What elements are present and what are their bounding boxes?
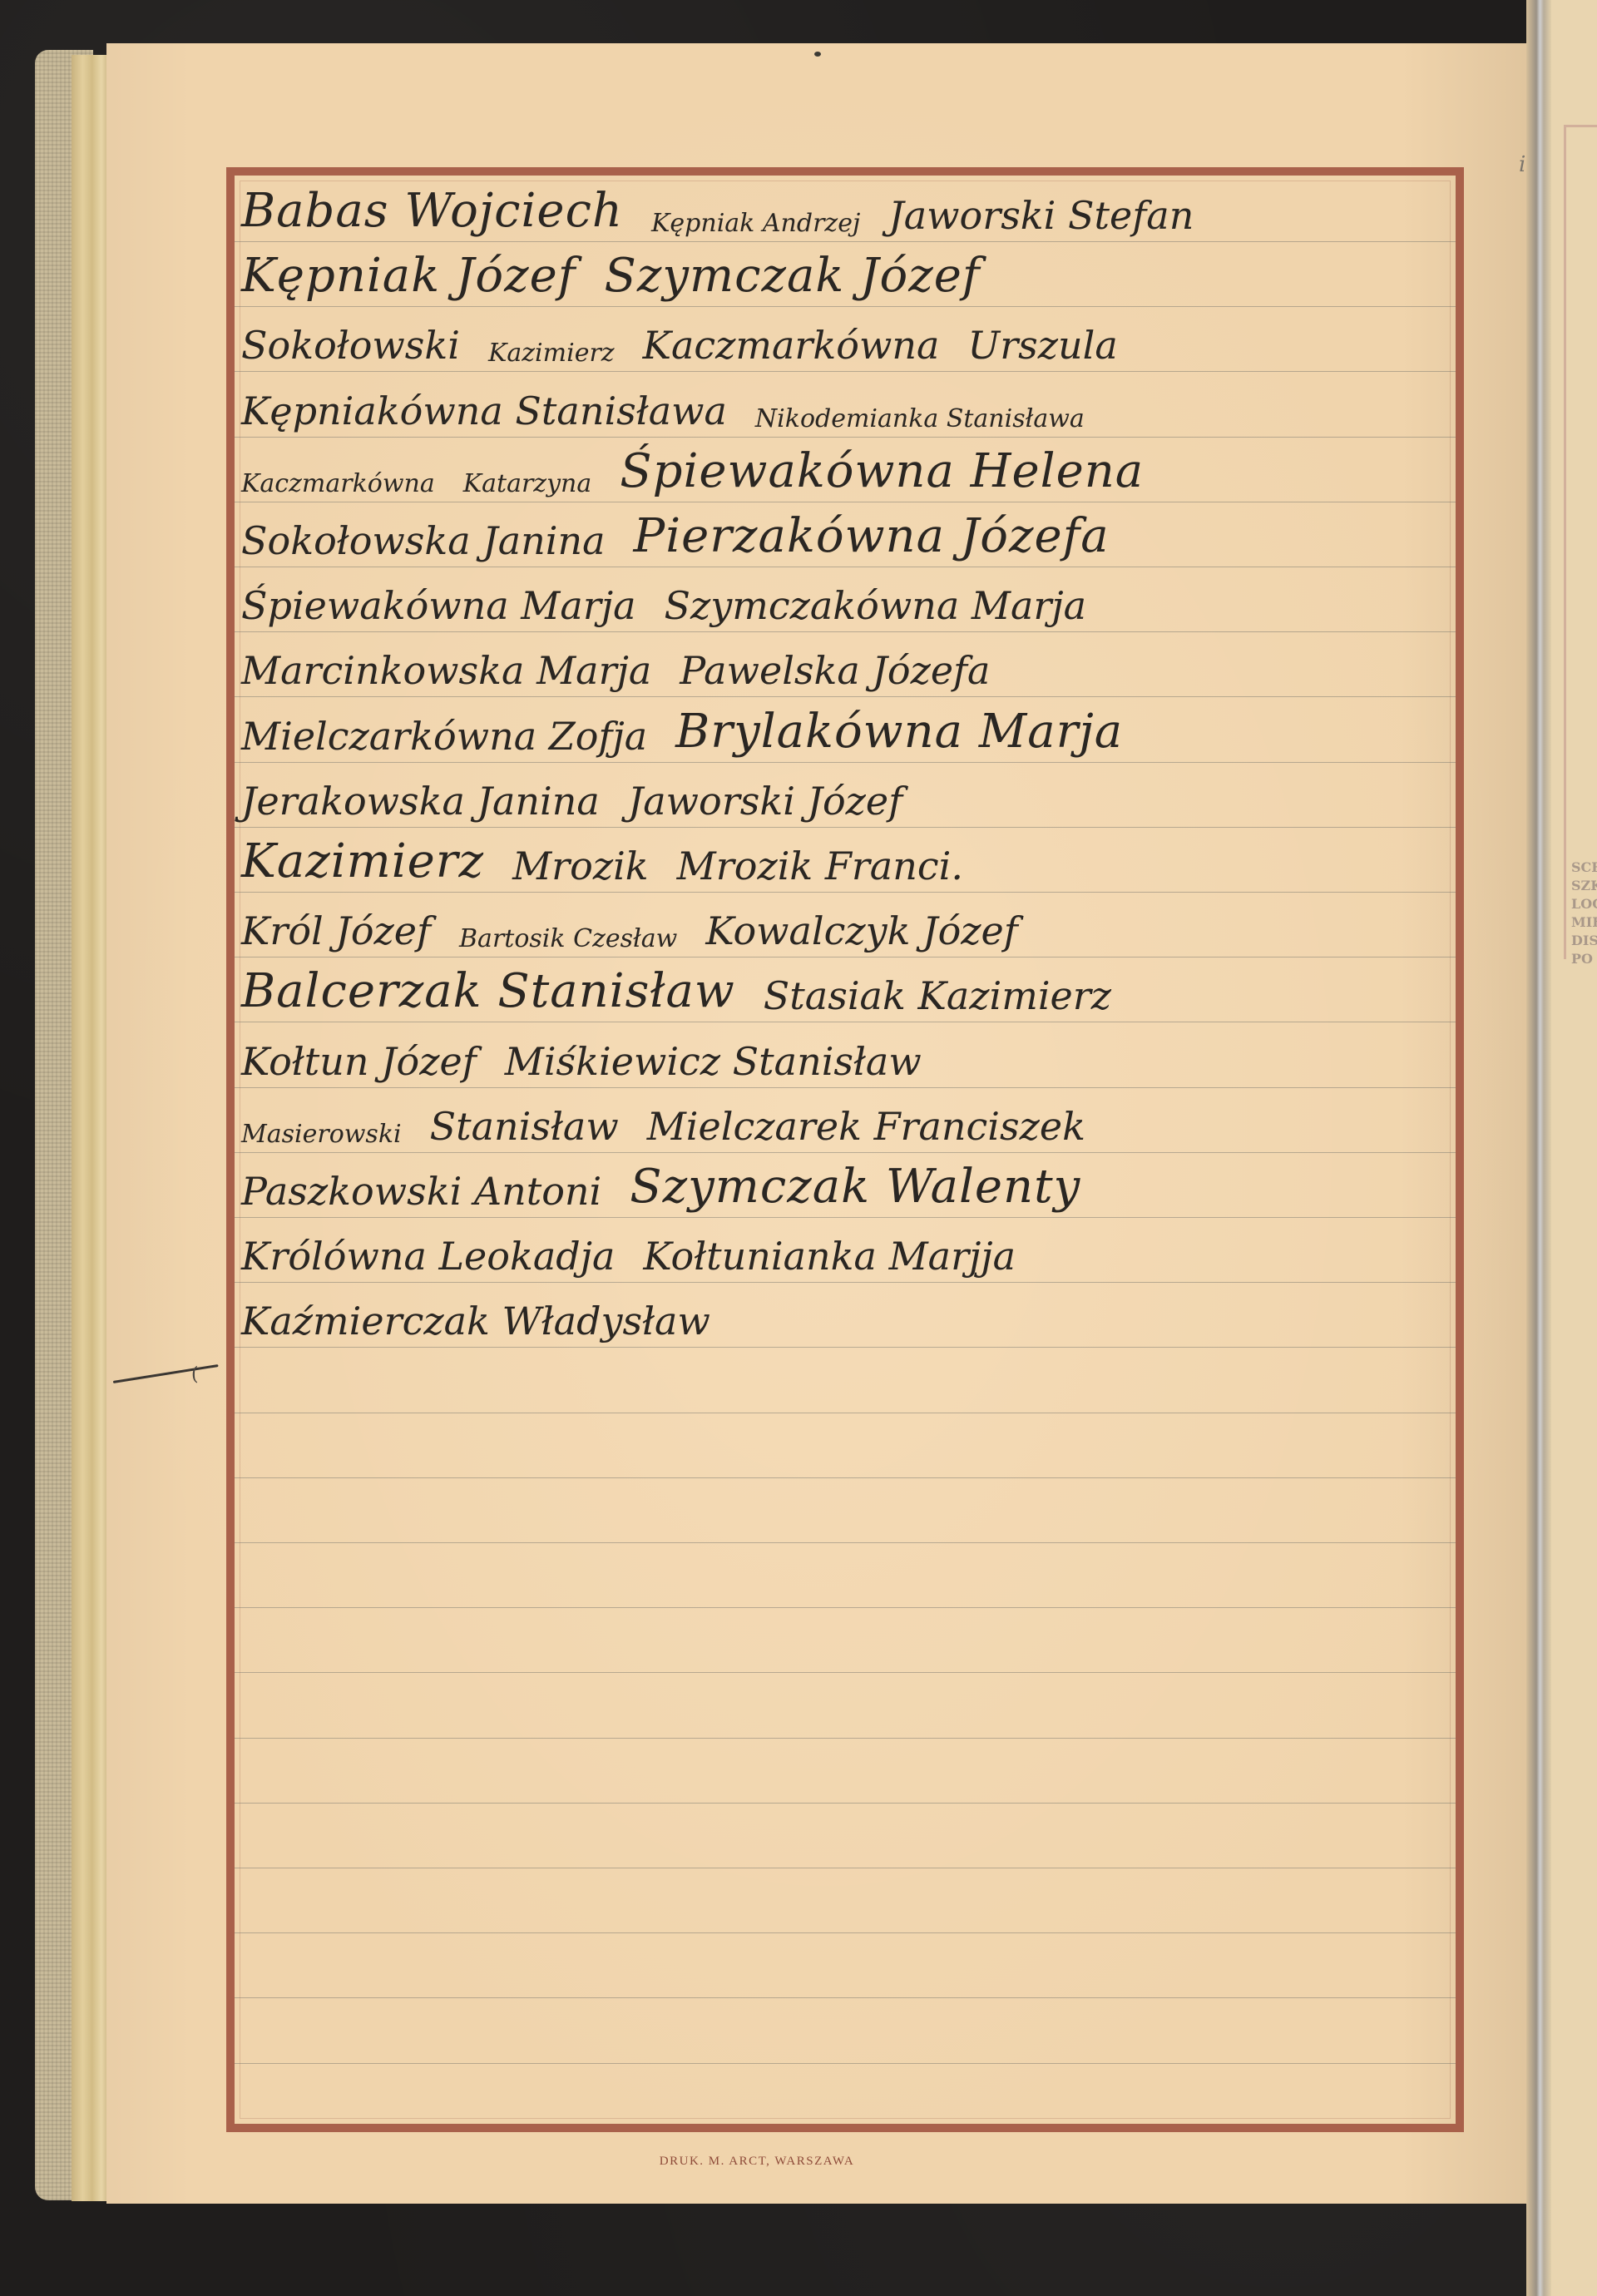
handwritten-name: Paszkowski Antoni <box>241 1169 601 1214</box>
ruled-line <box>235 1413 1456 1413</box>
handwritten-name: Mielczarkówna Zofja <box>241 714 647 759</box>
next-page-text: SCH <box>1571 859 1597 875</box>
next-page-text: PO <box>1571 951 1593 967</box>
entry-row: Babas WojciechKępniak AndrzejJaworski St… <box>241 178 1456 243</box>
handwritten-name: Nikodemianka Stanisława <box>755 404 1085 433</box>
ink-dot <box>814 52 821 57</box>
handwritten-name: Sokołowska Janina <box>241 518 606 563</box>
ruled-line <box>235 1477 1456 1478</box>
entry-row: Król JózefBartosik CzesławKowalczyk Józe… <box>241 893 1456 958</box>
ruled-line <box>235 1997 1456 1998</box>
entry-row: KaczmarkównaKatarzynaŚpiewakówna Helena <box>241 438 1456 503</box>
handwritten-name: Marcinkowska Marja <box>241 648 651 693</box>
margin-mark-right: i <box>1519 152 1525 177</box>
handwritten-name: Mrozik Franci. <box>677 844 963 888</box>
handwritten-name: Mrozik <box>512 844 649 888</box>
entry-row: SokołowskiKazimierzKaczmarkównaUrszula <box>241 308 1456 373</box>
handwritten-name: Kołtunianka Marjja <box>643 1234 1016 1279</box>
entry-row: Balcerzak StanisławStasiak Kazimierz <box>241 958 1456 1023</box>
next-page-text: LOG <box>1571 896 1597 912</box>
handwritten-name: Miśkiewicz Stanisław <box>505 1039 922 1084</box>
handwritten-name: Jaworski Stefan <box>888 193 1194 238</box>
ruled-line <box>235 1932 1456 1933</box>
entry-row: Marcinkowska MarjaPawelska Józefa <box>241 633 1456 698</box>
handwritten-name: Król Józef <box>241 908 431 953</box>
ruled-line <box>235 1607 1456 1608</box>
handwritten-name: Babas Wojciech <box>241 184 623 238</box>
handwritten-name: Kępniakówna Stanisława <box>241 388 727 433</box>
handwritten-name: Szymczak Józef <box>604 249 980 303</box>
next-page-text: SZK <box>1571 878 1597 893</box>
handwritten-name: Brylakówna Marja <box>675 705 1123 759</box>
handwritten-name: Masierowski <box>241 1120 402 1149</box>
handwritten-name: Urszula <box>967 323 1117 368</box>
handwritten-name: Kazimierz <box>241 834 484 888</box>
book-gutter <box>1526 0 1551 2296</box>
handwritten-name: Jaworski Józef <box>628 779 902 824</box>
entry-row: KazimierzMrozikMrozik Franci. <box>241 829 1456 893</box>
handwritten-name: Śpiewakówna Marja <box>241 583 636 628</box>
handwritten-name: Kowalczyk Józef <box>705 908 1017 953</box>
handwritten-name: Kępniak Andrzej <box>651 209 860 238</box>
handwritten-name: Kaźmierczak Władysław <box>241 1299 710 1343</box>
handwritten-name: Kaczmarkówna <box>643 323 940 368</box>
entry-row: Kępniak JózefSzymczak Józef <box>241 243 1456 308</box>
entry-row: Jerakowska JaninaJaworski Józef <box>241 764 1456 829</box>
handwritten-name: Kaczmarkówna <box>241 469 435 498</box>
handwritten-name: Mielczarek Franciszek <box>647 1104 1085 1149</box>
next-page-text: DIS <box>1571 933 1597 948</box>
handwritten-name: Stasiak Kazimierz <box>764 973 1111 1018</box>
handwritten-name: Katarzyna <box>463 469 592 498</box>
handwritten-name: Królówna Leokadja <box>241 1234 615 1279</box>
handwritten-name: Pawelska Józefa <box>680 648 990 693</box>
imprint-text: DRUK. M. ARCT, WARSZAWA <box>660 2155 854 2168</box>
next-page-cover-art: SCHSZKLOGMIEDISPO <box>1564 125 1597 959</box>
entry-row: Kołtun JózefMiśkiewicz Stanisław <box>241 1024 1456 1089</box>
page-edges <box>72 55 109 2201</box>
handwritten-name: Szymczakówna Marja <box>665 583 1087 628</box>
handwritten-name: Pierzakówna Józefa <box>634 509 1110 563</box>
handwritten-name: Stanisław <box>430 1104 619 1149</box>
entry-row: Śpiewakówna MarjaSzymczakówna Marja <box>241 568 1456 633</box>
entry-row: Kaźmierczak Władysław <box>241 1284 1456 1348</box>
entry-row: Paszkowski AntoniSzymczak Walenty <box>241 1154 1456 1219</box>
handwritten-name: Jerakowska Janina <box>241 779 600 824</box>
ruled-line <box>235 1738 1456 1739</box>
entry-row: Królówna LeokadjaKołtunianka Marjja <box>241 1219 1456 1284</box>
handwritten-name: Balcerzak Stanisław <box>241 964 735 1018</box>
printer-imprint: DRUK. M. ARCT, WARSZAWA <box>0 2155 1597 2169</box>
margin-tick-mark: ( <box>191 1364 199 1385</box>
entry-row: MasierowskiStanisławMielczarek Francisze… <box>241 1089 1456 1154</box>
ruled-line <box>235 1803 1456 1804</box>
handwritten-name: Kazimierz <box>488 339 615 368</box>
handwritten-name: Szymczak Walenty <box>630 1160 1080 1214</box>
handwritten-name: Śpiewakówna Helena <box>620 444 1144 498</box>
entry-row: Mielczarkówna ZofjaBrylakówna Marja <box>241 699 1456 764</box>
ruled-line <box>235 2063 1456 2064</box>
handwritten-name: Sokołowski <box>241 323 460 368</box>
ruled-line <box>235 1672 1456 1673</box>
handwritten-name: Kołtun Józef <box>241 1039 477 1084</box>
entry-row: Kępniakówna StanisławaNikodemianka Stani… <box>241 374 1456 438</box>
entry-row: Sokołowska JaninaPierzakówna Józefa <box>241 503 1456 568</box>
ruled-line <box>235 1868 1456 1868</box>
handwritten-name: Kępniak Józef <box>241 249 576 303</box>
ruled-line <box>235 1542 1456 1543</box>
handwritten-name: Bartosik Czesław <box>459 924 677 953</box>
next-page-text: MIE <box>1571 914 1597 930</box>
